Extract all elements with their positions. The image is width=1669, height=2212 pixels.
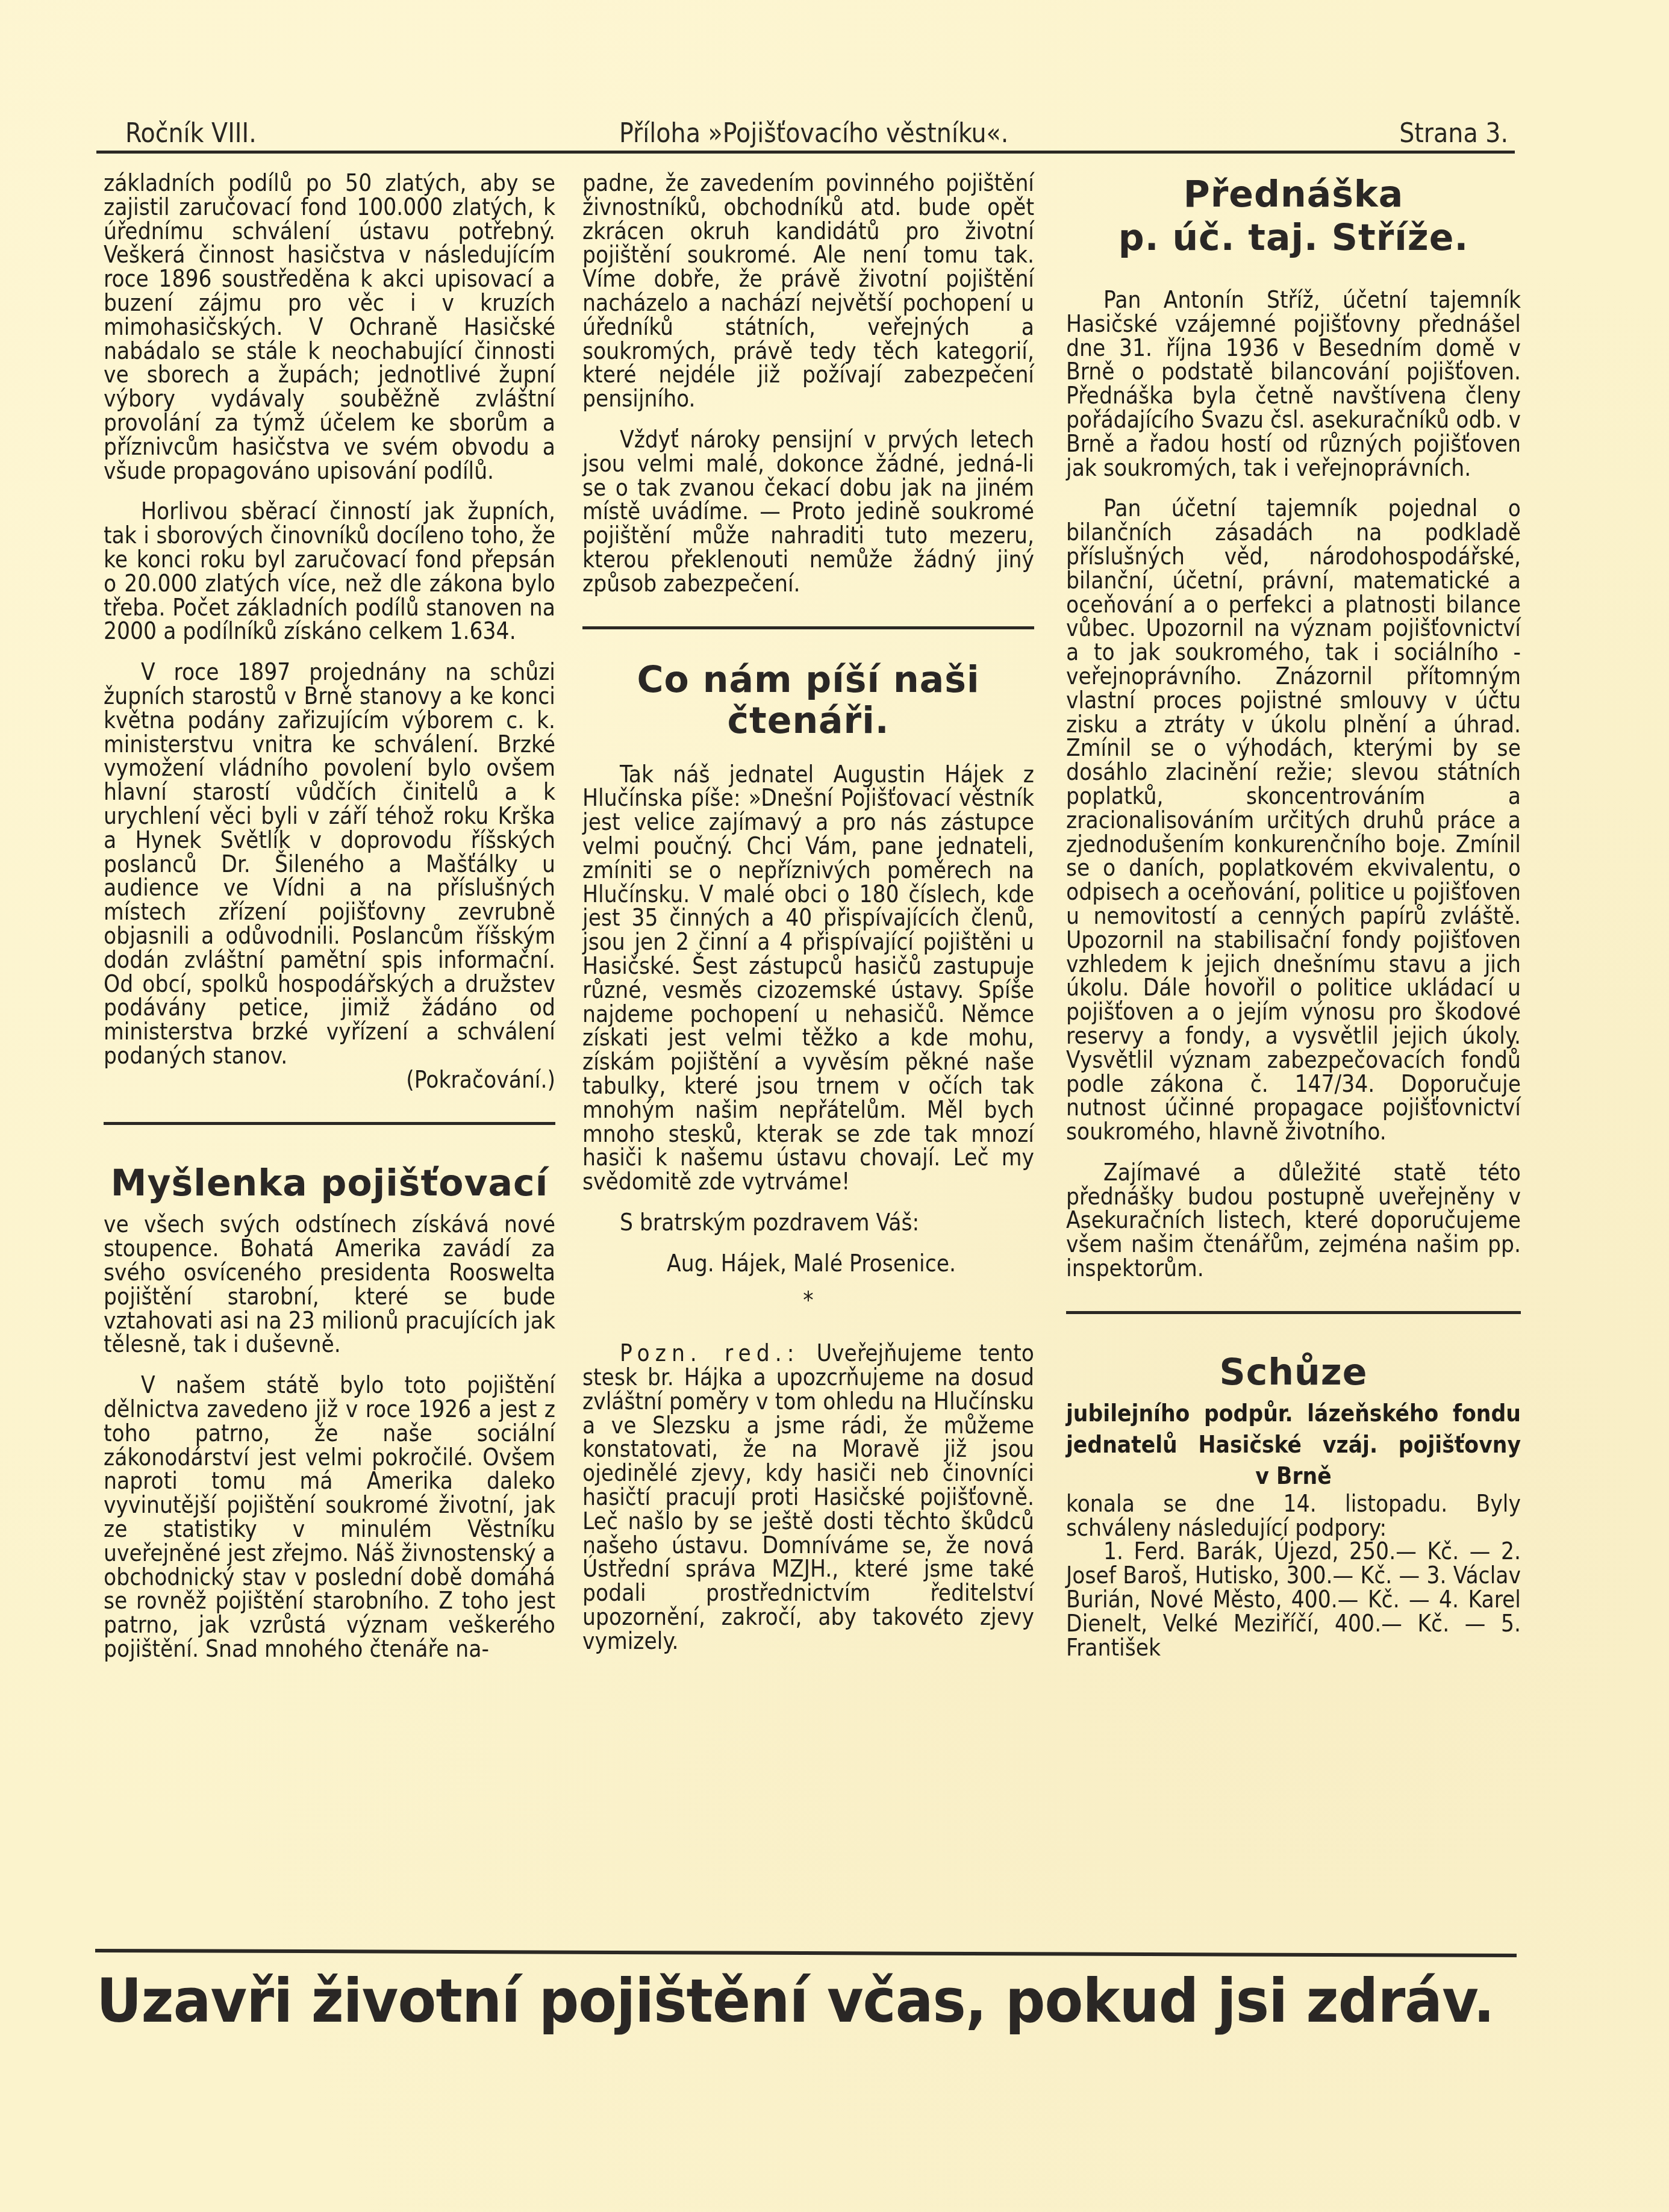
article-title: Myšlenka pojišťovací <box>104 1162 555 1204</box>
reader-letter: Tak náš jednatel Augustin Hájek z Hlučín… <box>582 763 1034 1194</box>
footer-rule <box>95 1949 1517 1957</box>
article-title: Schůze <box>1066 1351 1521 1394</box>
paragraph: Zajímavé a důležité statě této přednášky… <box>1066 1161 1521 1281</box>
paragraph: konala se dne 14. listopadu. Byly schvál… <box>1066 1492 1521 1541</box>
paragraph: V roce 1897 projednány na schůzi župních… <box>104 661 555 1068</box>
paragraph: ve všech svých odstínech získává nové st… <box>104 1213 555 1357</box>
article-title: Co nám píší naši čtenáři. <box>582 659 1034 741</box>
paragraph: základních podílů po 50 zlatých, aby se … <box>104 172 555 483</box>
paragraph: V našem státě bylo toto pojištění dělnic… <box>104 1374 555 1662</box>
article-subtitle-line2: jednatelů Hasičské vzáj. pojišťovny <box>1066 1430 1521 1461</box>
newspaper-page: Ročník VIII. Příloha »Pojišťovacího věst… <box>0 0 1669 2212</box>
letter-greeting: S bratrským pozdravem Váš: <box>582 1211 1034 1235</box>
article-title-line2: p. úč. taj. Stříže. <box>1066 216 1521 260</box>
editor-note-label: Pozn. red.: <box>620 1340 799 1367</box>
running-header: Ročník VIII. Příloha »Pojišťovacího věst… <box>125 118 1508 154</box>
paragraph: Pan účetní tajemník pojednal o bilančníc… <box>1066 497 1521 1144</box>
article-subtitle-line1: jubilejního podpůr. lázeňského fondu <box>1066 1398 1521 1430</box>
grants-list: 1. Ferd. Barák, Újezd, 250.— Kč. — 2. Jo… <box>1066 1540 1521 1660</box>
volume-label: Ročník VIII. <box>125 118 257 149</box>
page-number: Strana 3. <box>1399 118 1508 149</box>
middle-column: padne, že zavedením povinného pojištění … <box>582 172 1034 1654</box>
editor-note-text: Uveřejňujeme tento stesk br. Hájka a upo… <box>582 1340 1034 1655</box>
article-subtitle-line3: v Brně <box>1066 1461 1521 1492</box>
paragraph: Horlivou sběrací činností jak župních, t… <box>104 500 555 644</box>
publication-title: Příloha »Pojišťovacího věstníku«. <box>619 118 1008 149</box>
letter-signature: Aug. Hájek, Malé Prosenice. <box>582 1252 1034 1276</box>
article-title-line1: Přednáška <box>1066 173 1521 216</box>
asterisk-separator: * <box>582 1289 1034 1313</box>
footer-slogan: Uzavři životní pojištění včas, pokud jsi… <box>96 1968 1418 2034</box>
continuation-note: (Pokračování.) <box>104 1068 555 1092</box>
paragraph: padne, že zavedením povinného pojištění … <box>582 172 1034 411</box>
paragraph: Pan Antonín Stříž, účetní tajemník Hasič… <box>1066 288 1521 480</box>
right-column: Přednáška p. úč. taj. Stříže. Pan Antoní… <box>1066 172 1521 1660</box>
editor-note: Pozn. red.: Uveřejňujeme tento stesk br.… <box>582 1342 1034 1653</box>
header-rule <box>96 151 1515 154</box>
left-column: základních podílů po 50 zlatých, aby se … <box>104 172 555 1662</box>
paragraph: Vždyť nároky pensijní v prvých letech js… <box>582 428 1034 596</box>
